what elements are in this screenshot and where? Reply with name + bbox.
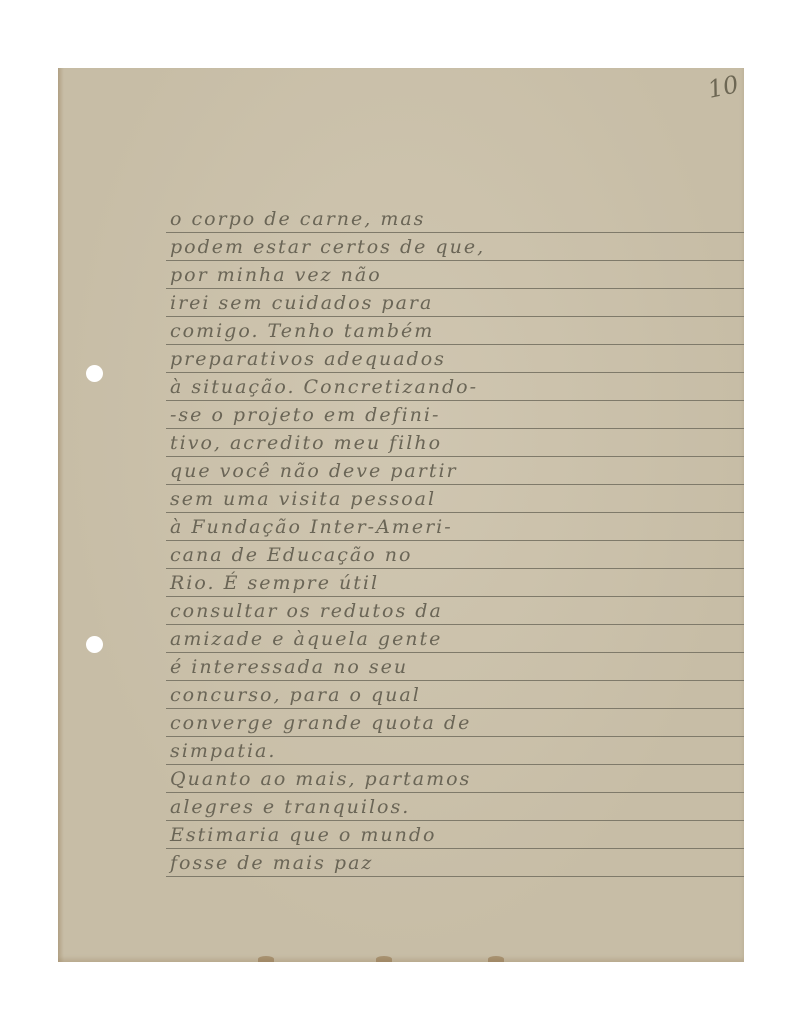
line-text: Rio. É sempre útil — [170, 572, 740, 594]
line-text: Quanto ao mais, partamos — [170, 768, 740, 790]
text-line: preparativos adequados — [166, 344, 744, 373]
text-line: concurso, para o qual — [166, 680, 744, 709]
text-line: sem uma visita pessoal — [166, 484, 744, 513]
text-line: -se o projeto em defini- — [166, 400, 744, 429]
paper-stain — [376, 956, 392, 962]
line-text: consultar os redutos da — [170, 600, 740, 622]
text-line: consultar os redutos da — [166, 596, 744, 625]
line-text: simpatia. — [170, 740, 740, 762]
line-text: comigo. Tenho também — [170, 320, 740, 342]
letter-page: 10 o corpo de carne, mas podem estar cer… — [58, 68, 744, 962]
text-line: por minha vez não — [166, 260, 744, 289]
punch-hole-bottom — [86, 636, 103, 653]
text-line: irei sem cuidados para — [166, 288, 744, 317]
line-text: Estimaria que o mundo — [170, 824, 740, 846]
line-text: concurso, para o qual — [170, 684, 740, 706]
text-line: é interessada no seu — [166, 652, 744, 681]
line-text: converge grande quota de — [170, 712, 740, 734]
line-text: fosse de mais paz — [170, 852, 740, 874]
text-line: Rio. É sempre útil — [166, 568, 744, 597]
line-text: alegres e tranquilos. — [170, 796, 740, 818]
text-line: que você não deve partir — [166, 456, 744, 485]
text-line: comigo. Tenho também — [166, 316, 744, 345]
line-text: sem uma visita pessoal — [170, 488, 740, 510]
punch-hole-top — [86, 365, 103, 382]
text-line: à situação. Concretizando- — [166, 372, 744, 401]
line-text: por minha vez não — [170, 264, 740, 286]
text-line: podem estar certos de que, — [166, 232, 744, 261]
line-text: à Fundação Inter-Ameri- — [170, 516, 740, 538]
text-line: alegres e tranquilos. — [166, 792, 744, 821]
handwritten-text-body: o corpo de carne, mas podem estar certos… — [166, 68, 744, 962]
line-text: cana de Educação no — [170, 544, 740, 566]
text-line: o corpo de carne, mas — [166, 204, 744, 233]
text-line: amizade e àquela gente — [166, 624, 744, 653]
text-line: tivo, acredito meu filho — [166, 428, 744, 457]
line-text: podem estar certos de que, — [170, 236, 740, 258]
text-line: à Fundação Inter-Ameri- — [166, 512, 744, 541]
line-text: tivo, acredito meu filho — [170, 432, 740, 454]
line-text: à situação. Concretizando- — [170, 376, 740, 398]
line-text: o corpo de carne, mas — [170, 208, 740, 230]
paper-stain — [488, 956, 504, 962]
text-line: converge grande quota de — [166, 708, 744, 737]
text-line: fosse de mais paz — [166, 848, 744, 877]
text-line: cana de Educação no — [166, 540, 744, 569]
line-text: -se o projeto em defini- — [170, 404, 740, 426]
line-text: que você não deve partir — [170, 460, 740, 482]
text-line: Quanto ao mais, partamos — [166, 764, 744, 793]
line-text: é interessada no seu — [170, 656, 740, 678]
paper-stain — [258, 956, 274, 962]
text-line: Estimaria que o mundo — [166, 820, 744, 849]
line-text: preparativos adequados — [170, 348, 740, 370]
text-line: simpatia. — [166, 736, 744, 765]
line-text: amizade e àquela gente — [170, 628, 740, 650]
line-text: irei sem cuidados para — [170, 292, 740, 314]
